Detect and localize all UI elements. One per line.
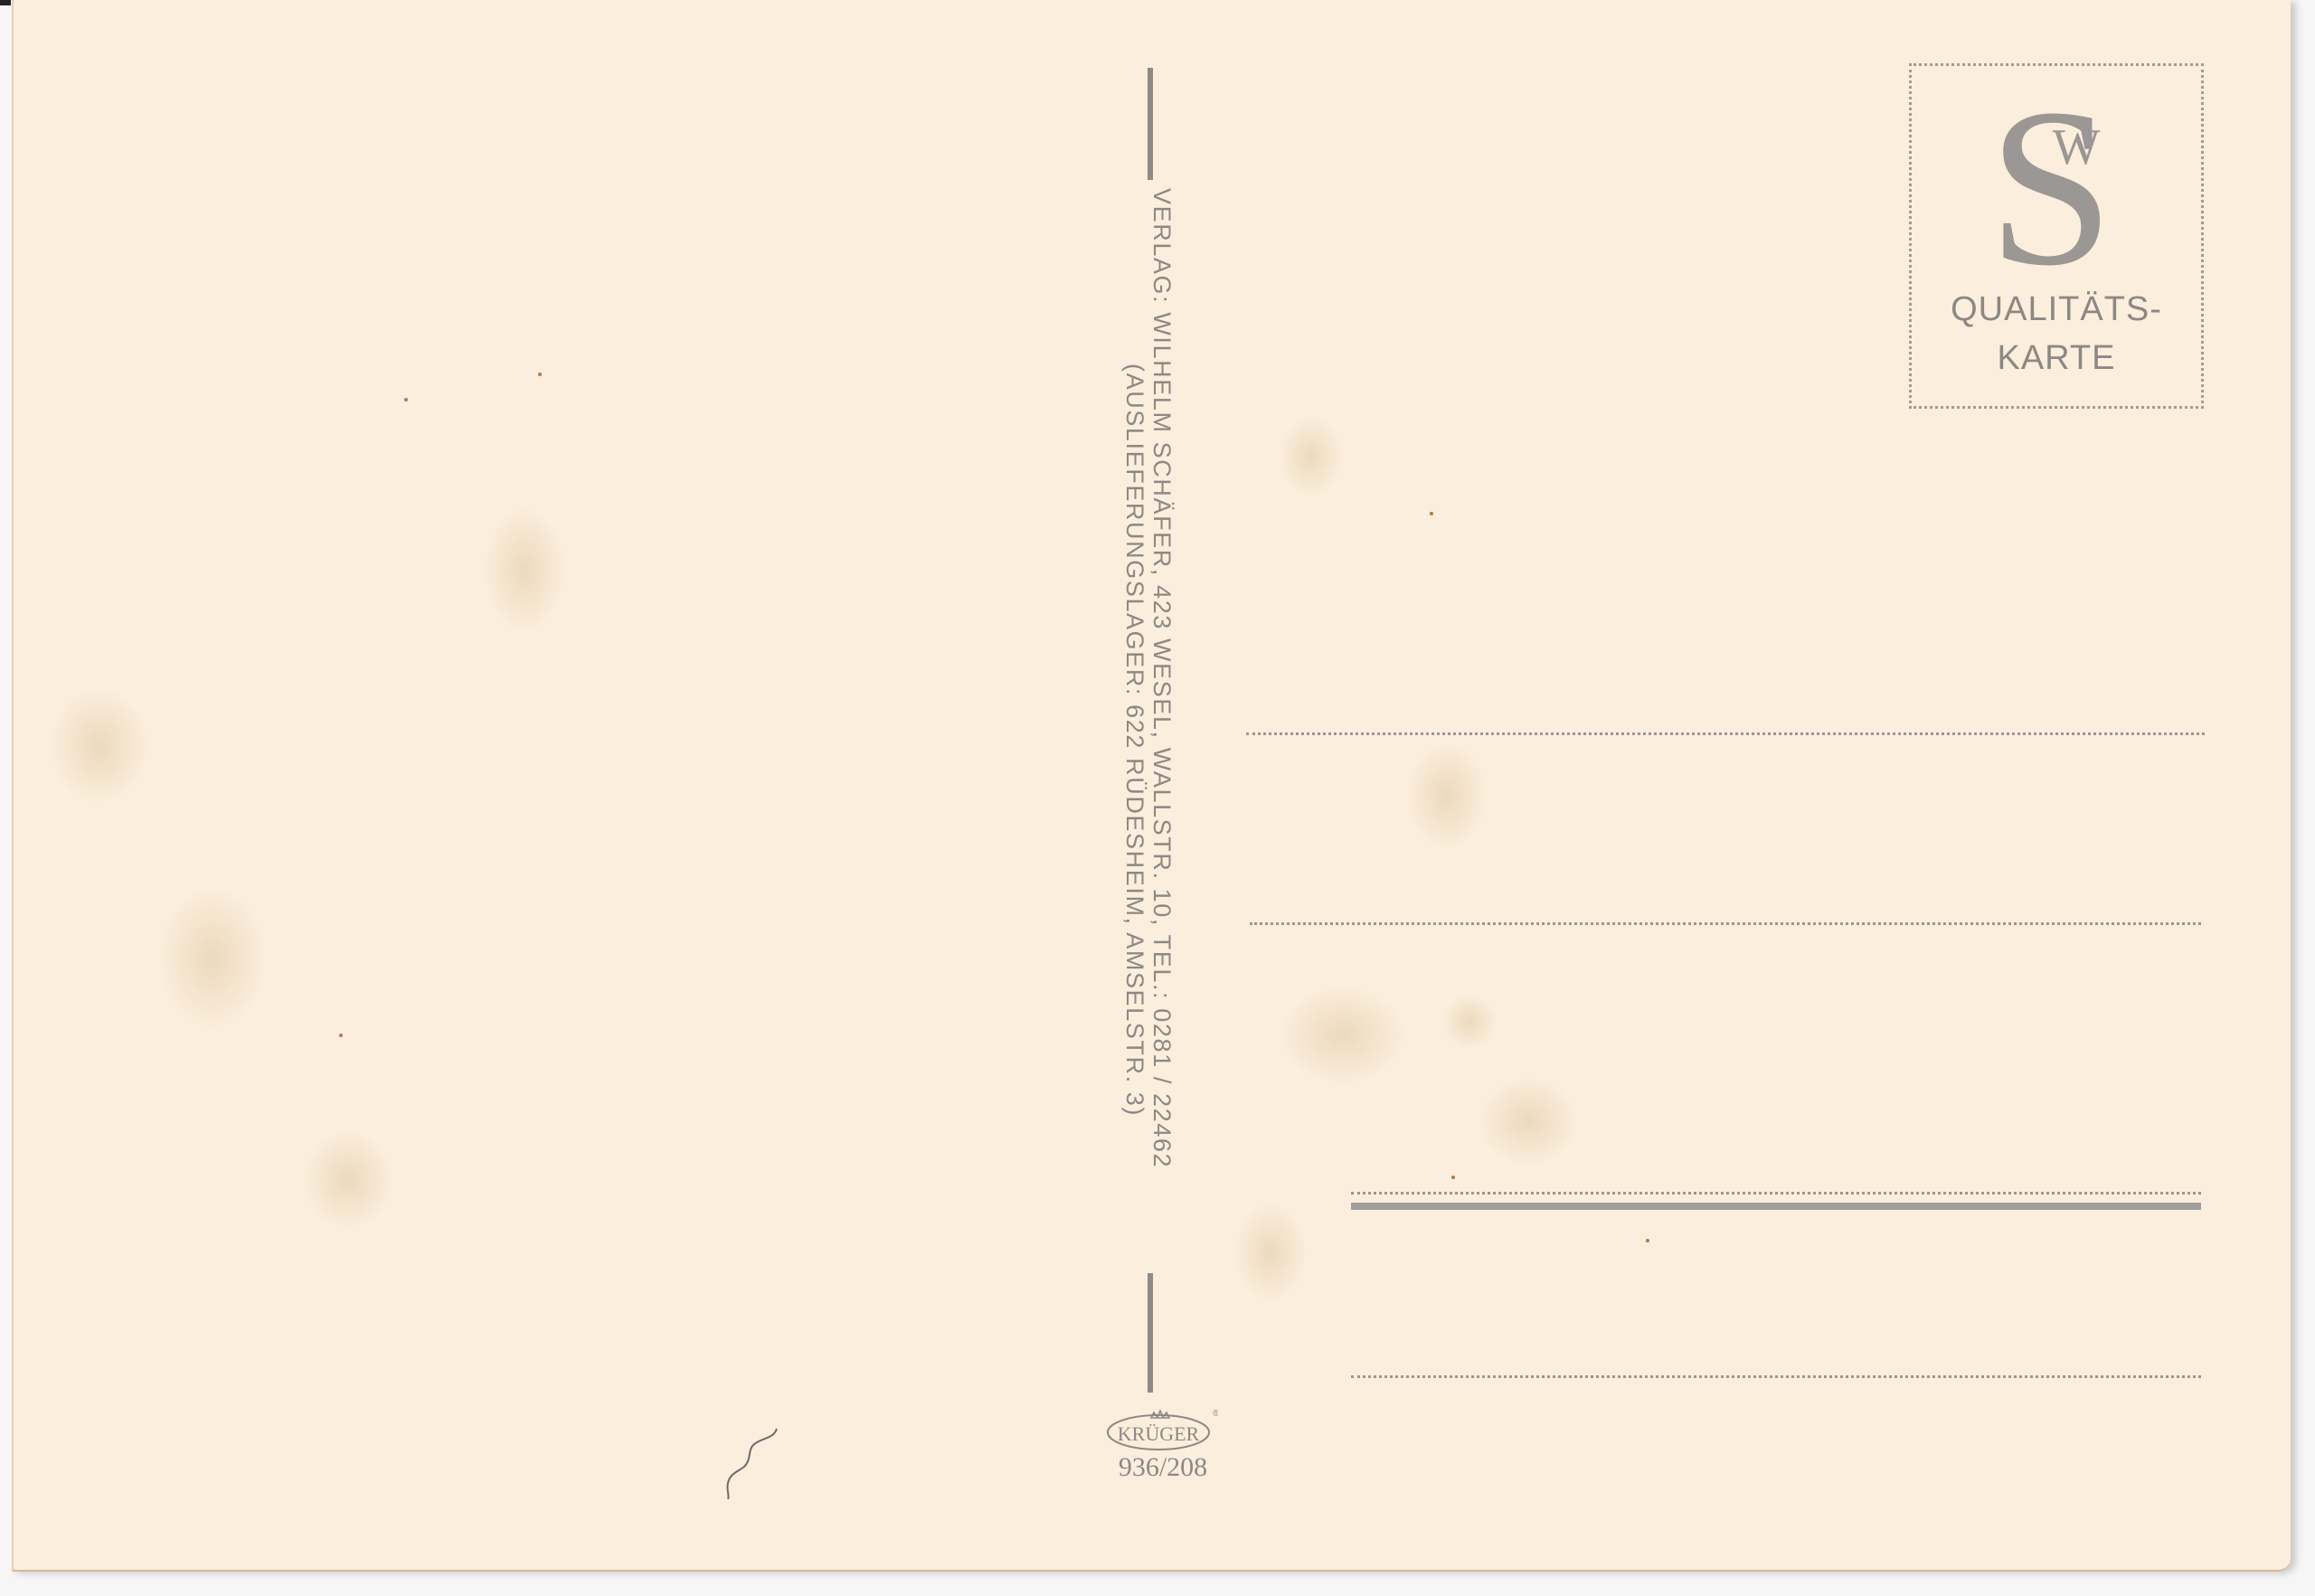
postcard-back: VERLAG: WILHELM SCHÄFER, 423 WESEL, WALL… xyxy=(12,0,2291,1572)
stain xyxy=(1280,416,1343,497)
svg-text:®: ® xyxy=(1213,1409,1218,1419)
divider-top-bar xyxy=(1148,68,1153,180)
stain xyxy=(303,1130,393,1230)
print-number: 936/208 xyxy=(1104,1452,1222,1483)
speck xyxy=(1430,512,1433,515)
stain xyxy=(50,687,149,805)
stamp-text-line2: KARTE xyxy=(1912,339,2201,378)
address-line-1[interactable] xyxy=(1246,732,2205,735)
sw-logo-icon: S W xyxy=(2002,91,2120,272)
distribution-text: (AUSLIEFERUNGSLAGER: 622 RÜDESHEIM, AMSE… xyxy=(1120,364,1148,1117)
svg-text:KRÜGER: KRÜGER xyxy=(1118,1422,1200,1445)
svg-text:W: W xyxy=(2053,119,2101,175)
krueger-logo-icon: KRÜGER ® xyxy=(1106,1407,1218,1452)
stain xyxy=(1479,1076,1578,1166)
divider-bottom-bar xyxy=(1148,1273,1153,1393)
speck xyxy=(404,398,408,401)
address-line-2[interactable] xyxy=(1250,922,2201,925)
address-line-3[interactable] xyxy=(1351,1192,2201,1195)
stain xyxy=(1280,986,1406,1085)
address-line-4[interactable] xyxy=(1351,1375,2201,1378)
stamp-text-line1: QUALITÄTS- xyxy=(1912,290,2201,329)
svg-text:S: S xyxy=(2002,91,2114,272)
stamp-area: S W QUALITÄTS- KARTE xyxy=(1909,63,2204,409)
speck xyxy=(339,1034,343,1037)
publisher-text: VERLAG: WILHELM SCHÄFER, 423 WESEL, WALL… xyxy=(1148,188,1176,1168)
scanner-edge xyxy=(0,0,11,5)
address-underline-bar xyxy=(1351,1203,2201,1210)
stain xyxy=(158,886,267,1031)
speck xyxy=(1646,1239,1649,1242)
pencil-scribble xyxy=(701,1427,782,1499)
stain xyxy=(1442,995,1497,1049)
speck xyxy=(538,373,542,376)
stain xyxy=(1234,1203,1307,1302)
speck xyxy=(1451,1176,1455,1179)
stain xyxy=(484,506,565,633)
stain xyxy=(1406,741,1488,850)
